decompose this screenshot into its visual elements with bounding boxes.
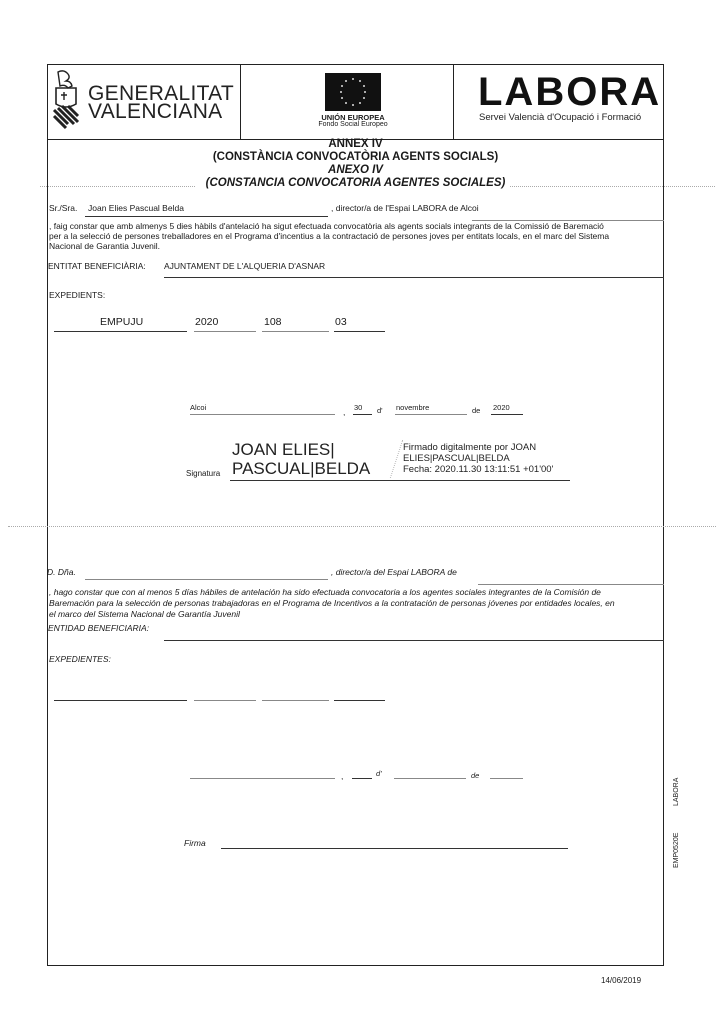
month-field-va[interactable]: novembre	[396, 403, 429, 413]
body-line3-va: Nacional de Garantia Juvenil.	[49, 241, 160, 251]
expedient-field-2[interactable]: 2020	[195, 316, 218, 328]
signature-name-line1: JOAN ELIES|	[232, 440, 335, 459]
expedient-field-1[interactable]: EMPUJU	[100, 316, 143, 328]
expediente-field-3[interactable]	[262, 686, 329, 700]
signature-meta-line3: Fecha: 2020.11.30 13:11:51 +01'00'	[403, 464, 553, 475]
entity-label-es: ENTIDAD BENEFICIARIA:	[48, 623, 149, 633]
signature-name-line2: PASCUAL|BELDA	[232, 459, 370, 478]
body-line1-es: , hago constar que con al menos 5 días h…	[49, 587, 601, 597]
side-brand: LABORA	[673, 778, 680, 806]
day-field-va[interactable]: 30	[354, 403, 362, 413]
cut-line	[8, 526, 716, 527]
annex-title-va: ANNEX IV	[47, 138, 664, 151]
expediente-field-1[interactable]	[54, 686, 187, 700]
name-label-es: D. Dña.	[47, 567, 76, 577]
footer-date: 14/06/2019	[601, 976, 641, 985]
labora-wordmark: LABORA	[478, 70, 661, 115]
signature-meta-line2: ELIES|PASCUAL|BELDA	[403, 453, 510, 464]
eu-subtitle: Fondo Social Europeo	[300, 121, 406, 128]
expedient-field-3[interactable]: 108	[264, 316, 282, 328]
annex-subtitle-va: (CONSTÀNCIA CONVOCATÒRIA AGENTS SOCIALS)	[47, 151, 664, 164]
annex-subtitle-es: (CONSTANCIA CONVOCATORIA AGENTES SOCIALE…	[47, 177, 664, 190]
name-field-es[interactable]	[85, 565, 328, 579]
body-line2-va: per a la selecció de persones treballado…	[49, 231, 609, 241]
expedient-field-4[interactable]: 03	[335, 316, 347, 328]
signature-label-va: Signatura	[186, 469, 220, 479]
header-divider-1	[240, 64, 241, 139]
gv-logo-line2: VALENCIANA	[88, 102, 223, 122]
labora-subtitle: Servei Valencià d'Ocupació i Formació	[479, 112, 641, 123]
body-line2-es: Baremación para la selección de personas…	[49, 598, 615, 608]
year-field-va[interactable]: 2020	[493, 403, 510, 413]
expedients-label-va: EXPEDIENTS:	[49, 290, 105, 300]
expediente-field-2[interactable]	[194, 686, 256, 700]
form-code: EMP0520E	[673, 833, 680, 868]
name-label-va: Sr./Sra.	[49, 203, 77, 213]
name-field-va[interactable]: Joan Elies Pascual Belda	[88, 203, 184, 213]
director-text-va: , director/a de l'Espai LABORA de Alcoi	[331, 203, 479, 213]
signature-meta-line1: Firmado digitalmente por JOAN	[403, 442, 536, 453]
body-line3-es: el marco del Sistema Nacional de Garantí…	[49, 609, 240, 619]
annex-title-es: ANEXO IV	[47, 164, 664, 177]
year-field-es[interactable]	[490, 766, 523, 778]
place-field-es[interactable]	[190, 766, 335, 778]
month-field-es[interactable]	[394, 766, 466, 778]
body-line1-va: , faig constar que amb almenys 5 dies hà…	[49, 221, 604, 231]
gv-crest-icon	[52, 68, 82, 134]
entity-label-va: ENTITAT BENEFICIÀRIA:	[48, 261, 146, 271]
day-field-es[interactable]	[352, 766, 372, 778]
expedients-label-es: EXPEDIENTES:	[49, 654, 111, 664]
signature-field-es[interactable]	[221, 830, 568, 848]
entity-field-es[interactable]	[164, 624, 664, 639]
director-text-es: , director/a del Espai LABORA de	[331, 567, 457, 577]
place-field-va[interactable]: Alcoi	[190, 403, 206, 413]
eu-flag-icon	[325, 73, 381, 111]
entity-field-va[interactable]: AJUNTAMENT DE L'ALQUERIA D'ASNAR	[164, 261, 325, 271]
header-divider-2	[453, 64, 454, 139]
signature-label-es: Firma	[184, 838, 206, 848]
expediente-field-4[interactable]	[334, 686, 385, 700]
